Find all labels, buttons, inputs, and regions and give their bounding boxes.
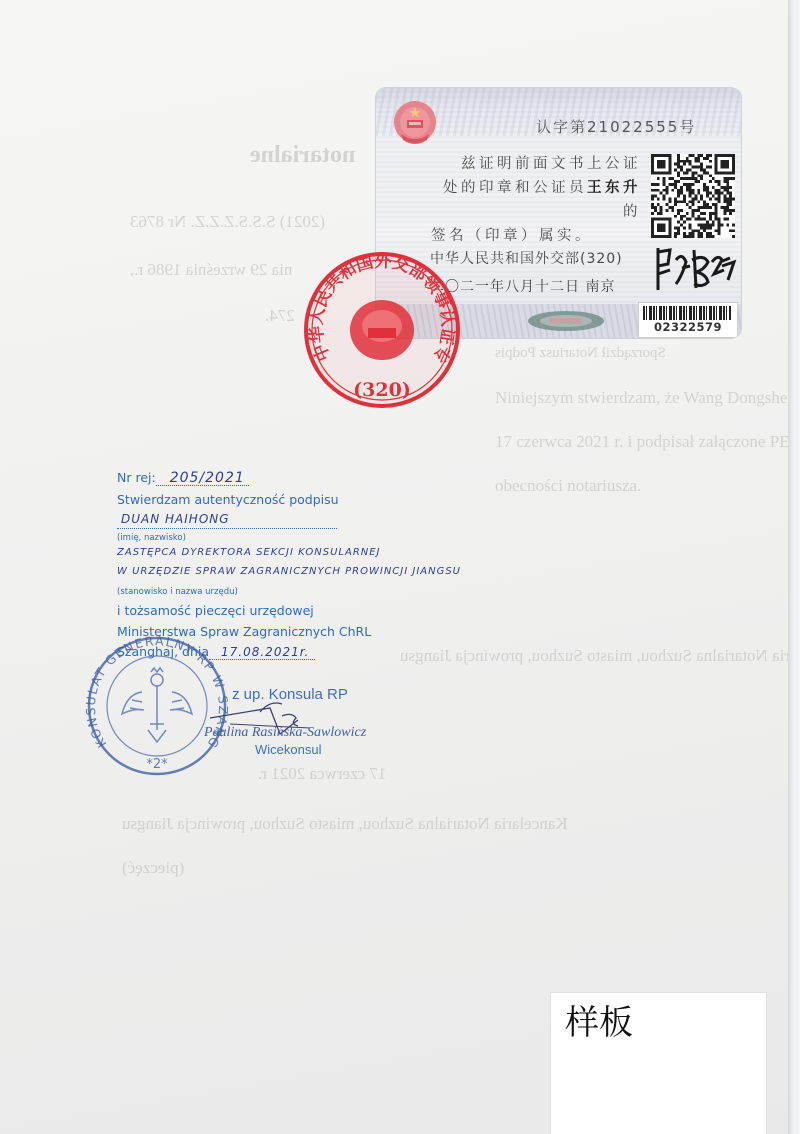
officer-signature — [652, 240, 738, 298]
bleed-line: Kancelaria Notarialna Suzhou, miasto Suz… — [400, 646, 800, 666]
bleed-line: (pieczęć) — [122, 858, 184, 878]
barcode-number: 02322579 — [639, 320, 737, 334]
sample-watermark-box: 样板 — [551, 993, 766, 1134]
statement-text: 处的印章和公证员 — [443, 180, 587, 196]
signer-position-line2: W URZĘDZIE SPRAW ZAGRANICZNYCH PROWINCJI… — [117, 566, 461, 577]
statement-line: 签名（印章）属实。 — [431, 224, 641, 248]
eagle-icon — [122, 668, 192, 742]
signer-name-field: DUAN HAIHONG — [117, 512, 337, 529]
certification-statement: 兹证明前面文书上公证 处的印章和公证员王东升的 签名（印章）属实。 — [431, 152, 641, 248]
qr-code-icon — [650, 154, 736, 238]
sample-label: 样板 — [565, 995, 633, 1044]
certify-signature-label: Stwierdzam autentyczność podpisu — [117, 492, 339, 507]
bleed-line: Niniejszym stwierdzam, że Wang Dongsheng… — [495, 388, 800, 408]
signer-name-caption: (imię, nazwisko) — [117, 533, 186, 543]
bleed-line: Sporządził Notariusz Podpis — [495, 345, 666, 362]
date-value: 17.08.2021r. — [221, 645, 309, 659]
bleed-line: 274. — [265, 306, 295, 326]
bleed-line: nia 29 września 1986 r., — [130, 260, 292, 280]
bleed-line: 17 czerwca 2021 r. — [258, 764, 386, 784]
registration-label: Nr rej:205/2021 — [117, 470, 249, 486]
statement-text: 的 — [623, 204, 641, 220]
bleed-line: (2021) S.S.S.Z.Z.Z. Nr 8763 — [130, 212, 325, 232]
page-edge — [788, 0, 800, 1134]
barcode-bars — [643, 306, 731, 320]
statement-line: 兹证明前面文书上公证 — [431, 152, 641, 176]
signer-name: DUAN HAIHONG — [121, 512, 230, 526]
consul-name: Paulina Rasińska-Sawlowicz — [204, 725, 366, 741]
bleed-line: obecności notariusza. — [495, 476, 641, 496]
reg-value: 205/2021 — [170, 470, 245, 486]
signer-position-line1: ZASTĘPCA DYREKTORA SEKCJI KONSULARNEJ — [117, 547, 381, 558]
prc-national-emblem-icon — [392, 98, 438, 148]
stamp-number: *2* — [146, 757, 168, 772]
bleed-line: 17 czerwca 2021 r. i podpisał załączone … — [495, 432, 800, 452]
barcode: 02322579 — [638, 302, 738, 338]
certificate-number: 认字第21022555号 — [536, 116, 696, 137]
reg-label: Nr rej: — [117, 470, 156, 485]
statement-line: 处的印章和公证员王东升的 — [431, 176, 641, 224]
document-page: notarialne (2021) S.S.S.Z.Z.Z. Nr 8763 n… — [0, 0, 790, 1134]
notary-name: 王东升 — [587, 180, 641, 196]
red-consular-seal: 中华人民共和国外交部领事认证专用章 (320) — [302, 250, 462, 410]
consul-title: Wicekonsul — [255, 742, 321, 757]
bleed-line: Kancelaria Notarialna Suzhou, miasto Suz… — [122, 814, 568, 834]
position-caption: (stanowisko i nazwa urzędu) — [117, 587, 238, 597]
hologram-icon — [526, 310, 606, 332]
seal-number: (320) — [353, 379, 411, 401]
bleed-title: notarialne — [250, 142, 355, 169]
seal-identity-label: i tożsamość pieczęci urzędowej — [117, 603, 314, 618]
reg-value-field: 205/2021 — [156, 470, 249, 486]
